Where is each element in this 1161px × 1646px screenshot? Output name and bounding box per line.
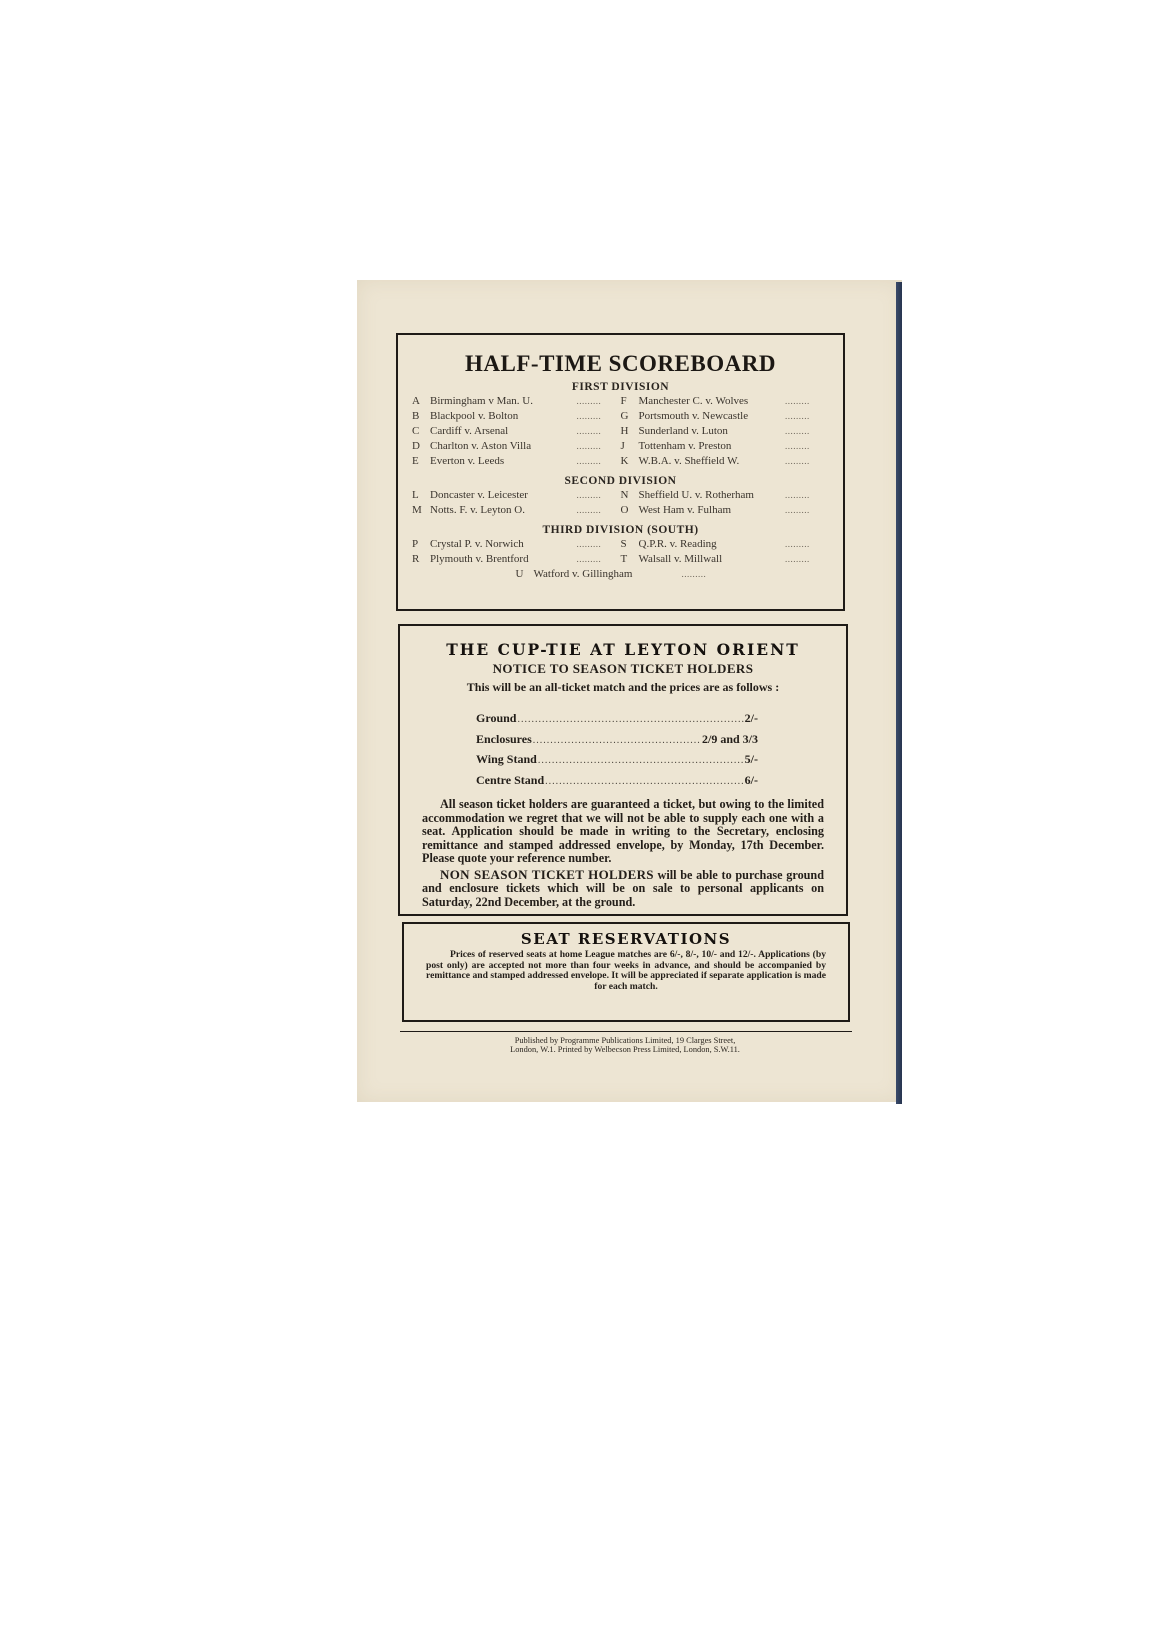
imprint-line-1: Published by Programme Publications Limi… (420, 1036, 830, 1045)
division-third-fixtures: PCrystal P. v. Norwich.........RPlymouth… (398, 537, 843, 567)
fixture-match: Sheffield U. v. Rotherham (639, 488, 786, 503)
division-title-third-south: THIRD DIVISION (SOUTH) (398, 524, 843, 536)
fixture-column-left: PCrystal P. v. Norwich.........RPlymouth… (412, 537, 621, 567)
fixture: NSheffield U. v. Rotherham......... (621, 488, 830, 503)
half-time-scoreboard: HALF-TIME SCOREBOARD FIRST DIVISION ABir… (396, 333, 845, 611)
fixture-match: Walsall v. Millwall (639, 552, 786, 567)
fixture-match: Q.P.R. v. Reading (639, 537, 786, 552)
fixture: GPortsmouth v. Newcastle......... (621, 409, 830, 424)
fixture-match: Tottenham v. Preston (639, 439, 786, 454)
seat-reservations-title: SEAT RESERVATIONS (404, 930, 848, 948)
fixture-code: A (412, 394, 430, 409)
season-ticket-paragraph: All season ticket holders are guaranteed… (400, 798, 846, 866)
price-row: Ground 2/- (476, 709, 758, 730)
fixture: U Watford v. Gillingham ......... (516, 567, 726, 582)
dot-leader (545, 772, 744, 792)
fixture: LDoncaster v. Leicester......... (412, 488, 621, 503)
fixture: OWest Ham v. Fulham......... (621, 503, 830, 518)
fixture-score-blank: ......... (577, 552, 621, 567)
fixture: SQ.P.R. v. Reading......... (621, 537, 830, 552)
price-row: Centre Stand 6/- (476, 771, 758, 792)
fixture: ABirmingham v Man. U.......... (412, 394, 621, 409)
publisher-imprint: Published by Programme Publications Limi… (420, 1036, 830, 1054)
fixture-match: Crystal P. v. Norwich (430, 537, 577, 552)
fixture-code: G (621, 409, 639, 424)
fixture-score-blank: ......... (785, 409, 829, 424)
fixture: TWalsall v. Millwall......... (621, 552, 830, 567)
fixture-score-blank: ......... (577, 488, 621, 503)
imprint-divider (400, 1031, 852, 1032)
fixture-code: S (621, 537, 639, 552)
dot-leader (538, 751, 744, 771)
fixture-match: Birmingham v Man. U. (430, 394, 577, 409)
fixture-score-blank: ......... (682, 567, 726, 582)
fixture: RPlymouth v. Brentford......... (412, 552, 621, 567)
seat-reservations: SEAT RESERVATIONS Prices of reserved sea… (402, 922, 850, 1022)
fixture-match: Charlton v. Aston Villa (430, 439, 577, 454)
fixture-score-blank: ......... (577, 454, 621, 469)
fixture-match: Everton v. Leeds (430, 454, 577, 469)
fixture-score-blank: ......... (785, 488, 829, 503)
price-value: 5/- (745, 750, 758, 770)
fixture-score-blank: ......... (785, 503, 829, 518)
cup-tie-intro: This will be an all-ticket match and the… (400, 680, 846, 695)
division-title-second: SECOND DIVISION (398, 475, 843, 487)
fixture-code: U (516, 567, 534, 582)
fixture-code: T (621, 552, 639, 567)
fixture-column-right: FManchester C. v. Wolves.........GPortsm… (621, 394, 830, 469)
fixture: FManchester C. v. Wolves......... (621, 394, 830, 409)
fixture: MNotts. F. v. Leyton O.......... (412, 503, 621, 518)
fixture-score-blank: ......... (785, 537, 829, 552)
fixture-code: C (412, 424, 430, 439)
fixture-score-blank: ......... (577, 394, 621, 409)
fixture: KW.B.A. v. Sheffield W.......... (621, 454, 830, 469)
fixture-column-right: NSheffield U. v. Rotherham.........OWest… (621, 488, 830, 518)
fixture-score-blank: ......... (577, 409, 621, 424)
fixture-code: B (412, 409, 430, 424)
cup-tie-notice: THE CUP-TIE AT LEYTON ORIENT NOTICE TO S… (398, 624, 848, 916)
fixture-center-row: U Watford v. Gillingham ......... (398, 567, 843, 582)
dot-leader (533, 731, 701, 751)
fixture-score-blank: ......... (577, 439, 621, 454)
cup-tie-title: THE CUP-TIE AT LEYTON ORIENT (400, 640, 846, 659)
programme-spine (896, 282, 902, 1104)
fixture-match: Cardiff v. Arsenal (430, 424, 577, 439)
fixture-score-blank: ......... (577, 424, 621, 439)
fixture-code: D (412, 439, 430, 454)
seat-reservations-text: Prices of reserved seats at home League … (404, 950, 848, 992)
fixture-code: K (621, 454, 639, 469)
fixture-score-blank: ......... (785, 424, 829, 439)
imprint-line-2: London, W.1. Printed by Welbecson Press … (420, 1045, 830, 1054)
price-row: Wing Stand 5/- (476, 750, 758, 771)
fixture-code: J (621, 439, 639, 454)
fixture-score-blank: ......... (577, 537, 621, 552)
fixture-column-left: LDoncaster v. Leicester.........MNotts. … (412, 488, 621, 518)
fixture-code: N (621, 488, 639, 503)
fixture-score-blank: ......... (785, 439, 829, 454)
price-label: Enclosures (476, 730, 532, 750)
fixture: BBlackpool v. Bolton......... (412, 409, 621, 424)
fixture-match: Blackpool v. Bolton (430, 409, 577, 424)
fixture-match: Manchester C. v. Wolves (639, 394, 786, 409)
price-row: Enclosures 2/9 and 3/3 (476, 730, 758, 751)
fixture-score-blank: ......... (577, 503, 621, 518)
fixture-match: Watford v. Gillingham (534, 567, 682, 582)
non-season-lead: NON SEASON TICKET HOLDERS (440, 867, 654, 882)
fixture: DCharlton v. Aston Villa......... (412, 439, 621, 454)
scoreboard-title: HALF-TIME SCOREBOARD (398, 351, 843, 377)
fixture: EEverton v. Leeds......... (412, 454, 621, 469)
price-value: 6/- (745, 771, 758, 791)
fixture-code: R (412, 552, 430, 567)
fixture-code: H (621, 424, 639, 439)
price-label: Wing Stand (476, 750, 537, 770)
fixture-score-blank: ......... (785, 394, 829, 409)
division-title-first: FIRST DIVISION (398, 381, 843, 393)
fixture-column-right: SQ.P.R. v. Reading.........TWalsall v. M… (621, 537, 830, 567)
fixture: PCrystal P. v. Norwich......... (412, 537, 621, 552)
price-label: Centre Stand (476, 771, 544, 791)
non-season-ticket-paragraph: NON SEASON TICKET HOLDERS will be able t… (400, 868, 846, 910)
fixture-match: West Ham v. Fulham (639, 503, 786, 518)
fixture-match: Portsmouth v. Newcastle (639, 409, 786, 424)
cup-tie-subtitle: NOTICE TO SEASON TICKET HOLDERS (400, 661, 846, 677)
fixture-code: P (412, 537, 430, 552)
fixture-score-blank: ......... (785, 454, 829, 469)
price-label: Ground (476, 709, 516, 729)
fixture-code: O (621, 503, 639, 518)
fixture-score-blank: ......... (785, 552, 829, 567)
fixture-match: W.B.A. v. Sheffield W. (639, 454, 786, 469)
division-second-fixtures: LDoncaster v. Leicester.........MNotts. … (398, 488, 843, 518)
fixture-match: Notts. F. v. Leyton O. (430, 503, 577, 518)
dot-leader (517, 710, 743, 730)
fixture-code: F (621, 394, 639, 409)
fixture-code: E (412, 454, 430, 469)
fixture: HSunderland v. Luton......... (621, 424, 830, 439)
fixture-code: L (412, 488, 430, 503)
price-value: 2/- (745, 709, 758, 729)
fixture-match: Plymouth v. Brentford (430, 552, 577, 567)
fixture: JTottenham v. Preston......... (621, 439, 830, 454)
fixture-match: Doncaster v. Leicester (430, 488, 577, 503)
fixture-code: M (412, 503, 430, 518)
price-list: Ground 2/- Enclosures 2/9 and 3/3 Wing S… (476, 709, 758, 791)
fixture: CCardiff v. Arsenal......... (412, 424, 621, 439)
fixture-column-left: ABirmingham v Man. U..........BBlackpool… (412, 394, 621, 469)
price-value: 2/9 and 3/3 (702, 730, 758, 750)
fixture-match: Sunderland v. Luton (639, 424, 786, 439)
division-first-fixtures: ABirmingham v Man. U..........BBlackpool… (398, 394, 843, 469)
